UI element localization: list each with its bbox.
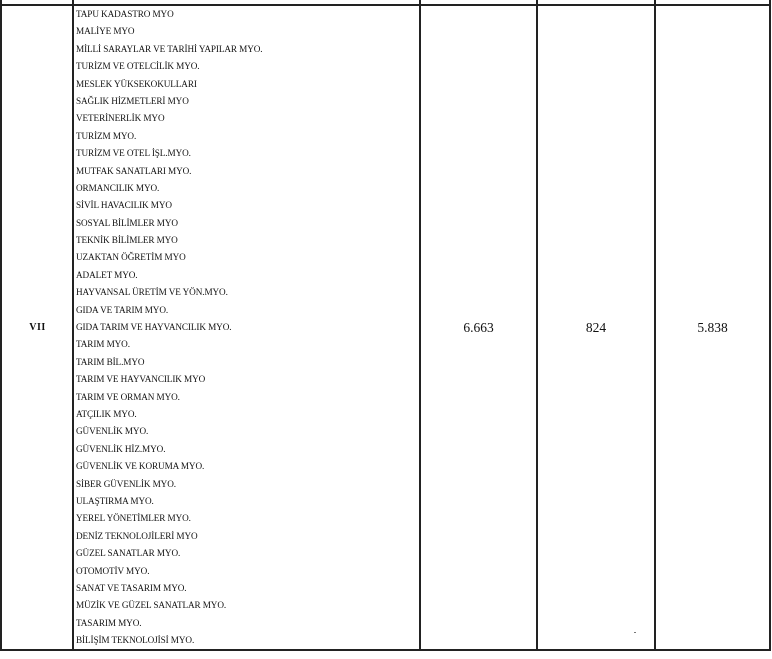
- program-row: TURİZM VE OTELCİLİK MYO.: [76, 58, 416, 75]
- program-row: SAĞLIK HİZMETLERİ MYO: [76, 93, 416, 110]
- program-row: TASARIM MYO.: [76, 615, 416, 632]
- value-cell-second: 824: [538, 6, 654, 649]
- program-row: ULAŞTIRMA MYO.: [76, 493, 416, 510]
- document-page: VII TAPU KADASTRO MYOMALİYE MYOMİLLİ SAR…: [0, 0, 772, 659]
- program-row: GÜVENLİK MYO.: [76, 423, 416, 440]
- program-row: HAYVANSAL ÜRETİM VE YÖN.MYO.: [76, 284, 416, 301]
- program-row: TARIM MYO.: [76, 336, 416, 353]
- program-row: GIDA VE TARIM MYO.: [76, 302, 416, 319]
- program-row: TAPU KADASTRO MYO: [76, 6, 416, 23]
- program-row: SOSYAL BİLİMLER MYO: [76, 215, 416, 232]
- program-row: YEREL YÖNETİMLER MYO.: [76, 510, 416, 527]
- program-row: TURİZM MYO.: [76, 128, 416, 145]
- group-label: VII: [29, 322, 46, 333]
- program-row: TARIM BİL.MYO: [76, 354, 416, 371]
- program-row: DENİZ TEKNOLOJİLERİ MYO: [76, 528, 416, 545]
- program-row: MÜZİK VE GÜZEL SANATLAR MYO.: [76, 597, 416, 614]
- program-row: BİLİŞİM TEKNOLOJİSİ MYO.: [76, 632, 416, 649]
- value-third: 5.838: [697, 320, 727, 336]
- scan-speck: [634, 632, 636, 633]
- program-row: SİBER GÜVENLİK MYO.: [76, 476, 416, 493]
- value-total: 6.663: [463, 320, 493, 336]
- program-row: SANAT VE TASARIM MYO.: [76, 580, 416, 597]
- program-row: TURİZM VE OTEL İŞL.MYO.: [76, 145, 416, 162]
- program-row: GÜVENLİK VE KORUMA MYO.: [76, 458, 416, 475]
- table-border-right: [769, 0, 771, 651]
- program-row: TARIM VE HAYVANCILIK MYO: [76, 371, 416, 388]
- program-row: GÜVENLİK HİZ.MYO.: [76, 441, 416, 458]
- program-row: ADALET MYO.: [76, 267, 416, 284]
- program-row: MUTFAK SANATLARI MYO.: [76, 163, 416, 180]
- program-row: MALİYE MYO: [76, 23, 416, 40]
- program-row: MESLEK YÜKSEKOKULLARI: [76, 76, 416, 93]
- program-list: TAPU KADASTRO MYOMALİYE MYOMİLLİ SARAYLA…: [76, 6, 416, 649]
- program-row: ATÇILIK MYO.: [76, 406, 416, 423]
- value-cell-third: 5.838: [656, 6, 769, 649]
- program-row: VETERİNERLİK MYO: [76, 110, 416, 127]
- program-row: OTOMOTİV MYO.: [76, 563, 416, 580]
- program-row: GIDA TARIM VE HAYVANCILIK MYO.: [76, 319, 416, 336]
- group-cell: VII: [2, 6, 73, 649]
- program-row: ORMANCILIK MYO.: [76, 180, 416, 197]
- program-row: TEKNİK BİLİMLER MYO: [76, 232, 416, 249]
- value-cell-total: 6.663: [421, 6, 536, 649]
- program-row: MİLLİ SARAYLAR VE TARİHİ YAPILAR MYO.: [76, 41, 416, 58]
- program-row: TARIM VE ORMAN MYO.: [76, 389, 416, 406]
- program-row: SİVİL HAVACILIK MYO: [76, 197, 416, 214]
- program-row: GÜZEL SANATLAR MYO.: [76, 545, 416, 562]
- value-second: 824: [586, 320, 606, 336]
- program-row: UZAKTAN ÖĞRETİM MYO: [76, 249, 416, 266]
